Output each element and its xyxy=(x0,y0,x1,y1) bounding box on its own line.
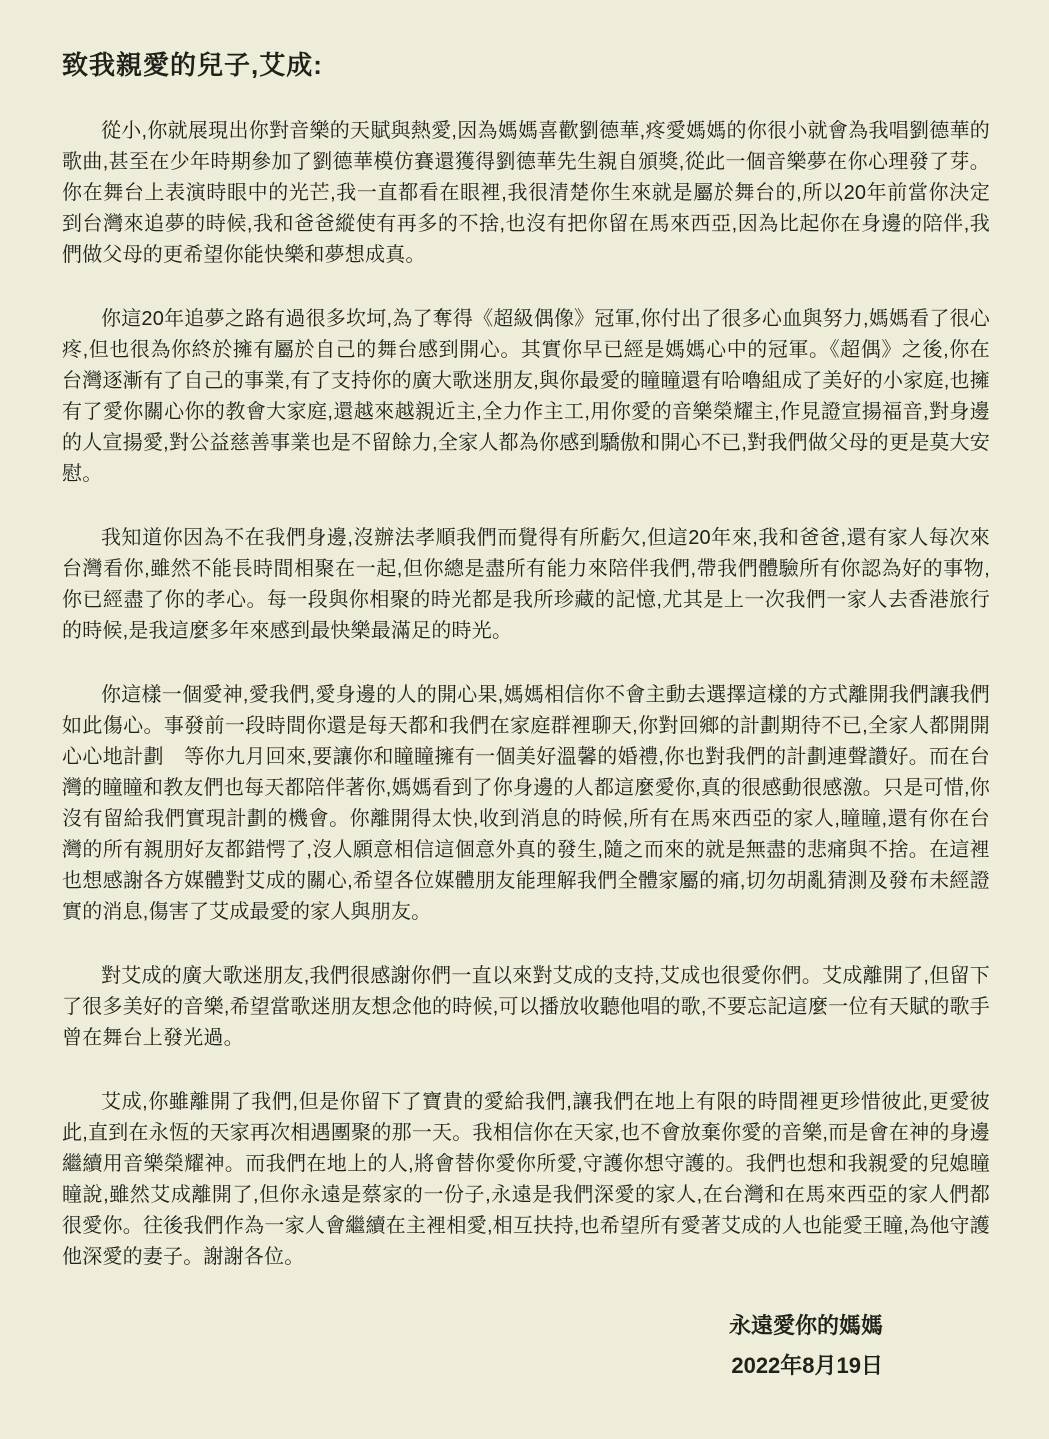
letter-page: 致我親愛的兒子,艾成: 從小,你就展現出你對音樂的天賦與熱愛,因為媽媽喜歡劉德華… xyxy=(0,0,1049,1439)
signature-date: 2022年8月19日 xyxy=(62,1346,883,1386)
signature-line: 永遠愛你的媽媽 xyxy=(62,1306,883,1346)
letter-paragraph-2: 你這20年追夢之路有過很多坎坷,為了奪得《超級偶像》冠軍,你付出了很多心血與努力… xyxy=(62,304,990,490)
letter-paragraph-3: 我知道你因為不在我們身邊,沒辦法孝順我們而覺得有所虧欠,但這20年來,我和爸爸,… xyxy=(62,523,990,647)
letter-paragraph-4: 你這樣一個愛神,愛我們,愛身邊的人的開心果,媽媽相信你不會主動去選擇這樣的方式離… xyxy=(62,680,990,928)
signature-block: 永遠愛你的媽媽 2022年8月19日 xyxy=(62,1306,990,1386)
letter-paragraph-6: 艾成,你雖離開了我們,但是你留下了寶貴的愛給我們,讓我們在地上有限的時間裡更珍惜… xyxy=(62,1087,990,1273)
letter-salutation: 致我親愛的兒子,艾成: xyxy=(62,46,990,84)
letter-paragraph-1: 從小,你就展現出你對音樂的天賦與熱愛,因為媽媽喜歡劉德華,疼愛媽媽的你很小就會為… xyxy=(62,116,990,271)
letter-paragraph-5: 對艾成的廣大歌迷朋友,我們很感謝你們一直以來對艾成的支持,艾成也很愛你們。艾成離… xyxy=(62,961,990,1054)
